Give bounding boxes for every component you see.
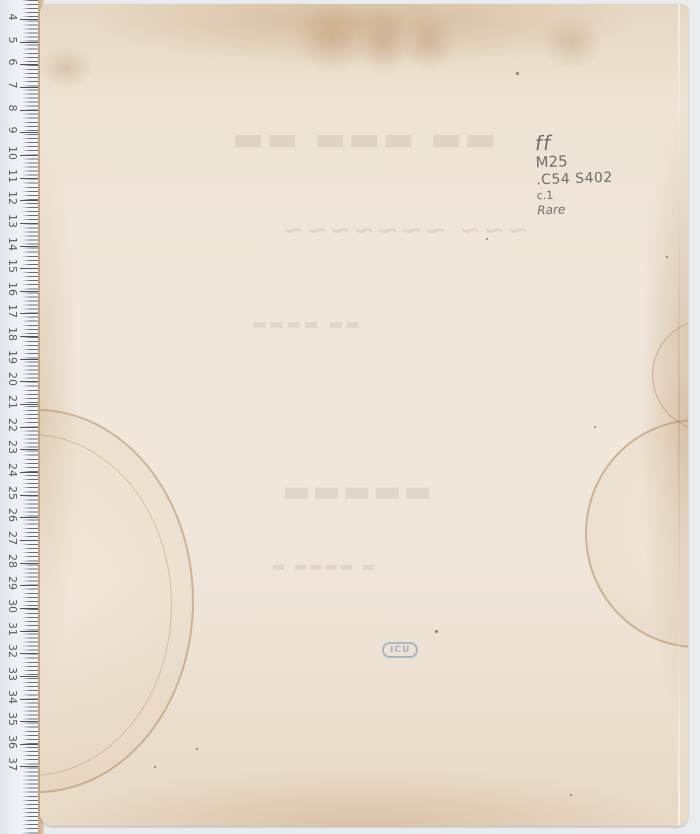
ruler-cm-tick — [20, 766, 38, 767]
ruler-cm-label: 33 — [6, 665, 18, 683]
ruler-cm-tick — [20, 336, 38, 337]
ruler-cm-tick — [20, 64, 38, 65]
pencil-note-line: ff — [535, 131, 612, 154]
ruler-cm-label: 19 — [6, 348, 18, 366]
pencil-note-line: .C54 S402 — [536, 171, 613, 188]
ruler-cm-tick — [20, 200, 38, 201]
paper-speck — [154, 766, 156, 768]
ruler-cm-tick — [20, 268, 38, 269]
ruler-cm-label: 16 — [6, 280, 18, 298]
ruler-cm-label: 30 — [6, 597, 18, 615]
ruler-cm-tick — [20, 608, 38, 609]
page-fold-line — [678, 4, 680, 826]
ruler-cm-label: 9 — [6, 121, 18, 139]
bleed-through-title: ▬▬ ▬▬▬ ▬▬ — [230, 119, 497, 159]
bleed-through-text: ▬▬ ▬▬▬▬ — [250, 314, 360, 333]
ruler-cm-label: 21 — [6, 393, 18, 411]
ruler-cm-tick — [20, 381, 38, 382]
ruler-cm-tick — [20, 313, 38, 314]
ruler-cm-label: 31 — [6, 620, 18, 638]
ruler-cm-tick — [20, 472, 38, 473]
bleed-through-composer: ▬▬▬▬▬ — [280, 474, 432, 509]
ruler-cm-tick — [20, 517, 38, 518]
ruler-cm-label: 32 — [6, 642, 18, 660]
paper-speck — [435, 630, 438, 633]
ruler-cm-label: 22 — [6, 416, 18, 434]
paper-speck — [666, 256, 668, 258]
ruler-cm-label: 4 — [6, 8, 18, 26]
pencil-note-line: Rare — [537, 202, 614, 217]
ruler-cm-tick — [20, 427, 38, 428]
ruler-cm-tick — [20, 246, 38, 247]
ruler-cm-label: 34 — [6, 688, 18, 706]
ruler-cm-label: 17 — [6, 302, 18, 320]
paper-speck — [594, 426, 596, 428]
ruler-cm-label: 24 — [6, 461, 18, 479]
ruler-cm-label: 8 — [6, 99, 18, 117]
right-water-stain-ring — [585, 419, 688, 648]
bleed-through-subtitle: ~~~ ~~~~~~~ — [280, 216, 529, 246]
ruler-cm-label: 20 — [6, 370, 18, 388]
ruler-cm-label: 37 — [6, 755, 18, 773]
ruler-cm-label: 23 — [6, 438, 18, 456]
ruler-cm-tick — [20, 563, 38, 564]
ruler-cm-tick — [20, 132, 38, 133]
ruler-cm-label: 11 — [6, 167, 18, 185]
ruler-cm-tick — [20, 449, 38, 450]
ruler-cm-tick — [20, 42, 38, 43]
ruler-cm-label: 6 — [6, 53, 18, 71]
ruler-cm-tick — [20, 155, 38, 156]
ruler-cm-label: 18 — [6, 325, 18, 343]
pencil-note-line: c.1 — [537, 188, 614, 202]
ruler-cm-tick — [20, 631, 38, 632]
ruler-cm-label: 13 — [6, 212, 18, 230]
ruler-cm-tick — [20, 744, 38, 745]
ruler-cm-label: 14 — [6, 235, 18, 253]
paper-speck — [570, 794, 572, 796]
pencil-note-line: M25 — [535, 153, 612, 171]
paper-speck — [196, 748, 198, 750]
ruler-ticks — [22, 0, 38, 834]
ruler-cm-label: 25 — [6, 484, 18, 502]
ruler-cm-label: 7 — [6, 76, 18, 94]
ruler-cm-tick — [20, 585, 38, 586]
ruler-cm-tick — [20, 178, 38, 179]
ruler-cm-tick — [20, 495, 38, 496]
ruler-cm-tick — [20, 223, 38, 224]
ruler-cm-tick — [20, 87, 38, 88]
scanned-page: ▬▬ ▬▬▬ ▬▬ ~~~ ~~~~~~~ ▬▬ ▬▬▬▬ ▬▬▬▬▬ ▬ ▬▬… — [40, 4, 688, 826]
bleed-through-publisher: ▬ ▬▬▬▬ ▬ — [270, 559, 375, 575]
ruler-cm-label: 26 — [6, 506, 18, 524]
ruler-cm-label: 29 — [6, 574, 18, 592]
ruler-cm-tick — [20, 721, 38, 722]
ruler-cm-tick — [20, 404, 38, 405]
library-stamp: ICU — [382, 642, 418, 658]
ruler-cm-label: 35 — [6, 710, 18, 728]
ruler-cm-tick — [20, 291, 38, 292]
measurement-ruler: 4567891011121314151617181920212223242526… — [0, 0, 39, 834]
ruler-cm-tick — [20, 699, 38, 700]
ruler-cm-tick — [20, 653, 38, 654]
top-water-stain — [40, 4, 688, 89]
ruler-cm-label: 28 — [6, 552, 18, 570]
ruler-cm-label: 15 — [6, 257, 18, 275]
pencil-catalog-notes: ff M25 .C54 S402 c.1 Rare — [535, 131, 614, 217]
ruler-cm-label: 12 — [6, 189, 18, 207]
ruler-cm-tick — [20, 19, 38, 20]
paper-speck — [486, 238, 488, 240]
right-upper-stain-ring — [652, 319, 688, 431]
paper-speck — [516, 72, 519, 75]
ruler-cm-tick — [20, 540, 38, 541]
ruler-cm-tick — [20, 676, 38, 677]
ruler-cm-tick — [20, 359, 38, 360]
ruler-cm-label: 36 — [6, 733, 18, 751]
ruler-cm-tick — [20, 110, 38, 111]
ruler-cm-label: 10 — [6, 144, 18, 162]
ruler-cm-label: 27 — [6, 529, 18, 547]
ruler-cm-label: 5 — [6, 31, 18, 49]
